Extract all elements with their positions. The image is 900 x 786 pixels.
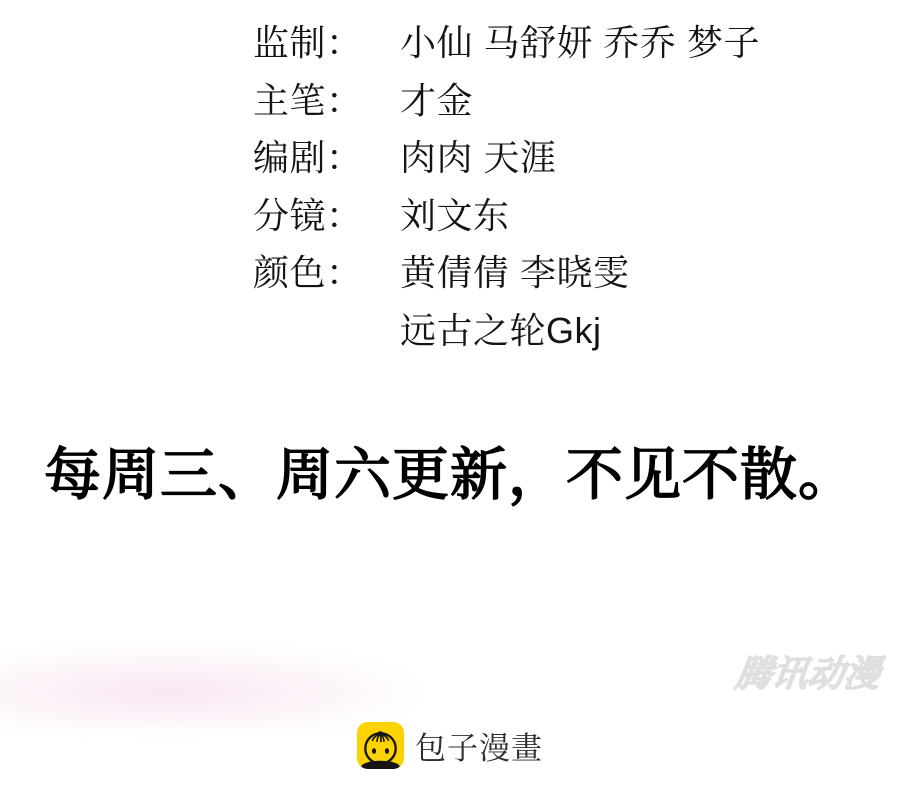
comic-credits-page: 监制：小仙 马舒妍 乔乔 梦子 主笔：才金 编剧：肉肉 天涯 分镜：刘文东 颜色…	[0, 0, 900, 786]
credit-names: 黄倩倩 李晓雯	[400, 244, 630, 302]
credit-names: 刘文东	[400, 187, 510, 245]
pink-haze-decoration	[0, 645, 420, 730]
credit-names: 肉肉 天涯	[400, 129, 557, 187]
tencent-anime-watermark: 腾讯动漫	[733, 650, 884, 698]
credit-row-supervisor: 监制：小仙 马舒妍 乔乔 梦子	[0, 14, 900, 72]
credit-names: 小仙 马舒妍 乔乔 梦子	[400, 14, 760, 72]
credit-row-screenwriter: 编剧：肉肉 天涯	[0, 129, 900, 187]
credit-row-color: 颜色：黄倩倩 李晓雯	[0, 244, 900, 302]
credit-role-label: 颜色：	[253, 244, 400, 302]
credit-row-lead-artist: 主笔：才金	[0, 72, 900, 130]
publisher-logo: 包子漫畫	[0, 720, 900, 770]
update-schedule-headline: 每周三、周六更新，不见不散。	[0, 443, 900, 509]
credit-role-label: 主笔：	[253, 72, 400, 130]
publisher-name: 包子漫畫	[415, 723, 543, 768]
credit-row-color-cont: 远古之轮Gkj	[0, 302, 900, 360]
credit-role-label: 分镜：	[253, 187, 400, 245]
credit-names: 才金	[400, 72, 473, 130]
credits-list: 监制：小仙 马舒妍 乔乔 梦子 主笔：才金 编剧：肉肉 天涯 分镜：刘文东 颜色…	[0, 14, 900, 359]
bun-icon	[357, 722, 404, 769]
credit-role-label: 监制：	[253, 14, 400, 72]
credit-names: 远古之轮Gkj	[400, 302, 602, 360]
credit-role-label: 编剧：	[253, 129, 400, 187]
credit-row-storyboard: 分镜：刘文东	[0, 187, 900, 245]
